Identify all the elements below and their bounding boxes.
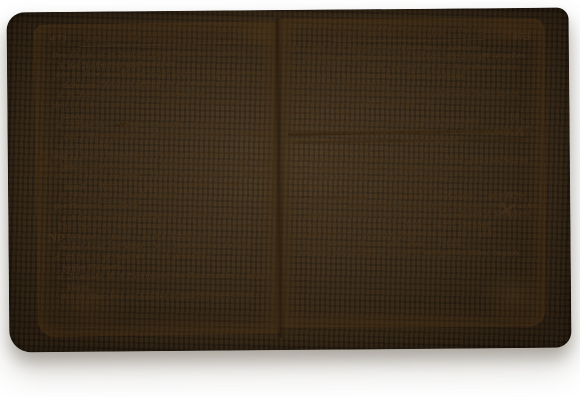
- photo-background: 473. Tauffs Regiſter. A. 1690. Pet. Dona…: [0, 0, 580, 397]
- manuscript-line: den 31 Xber. Der ein Küſſner in güth Söh…: [61, 290, 274, 303]
- right-page: 473 Begräbniß Regiſter 1690. 18. d. J. J…: [278, 19, 546, 328]
- left-page-header: Tauffs Regiſter. A. 1690.: [80, 27, 240, 47]
- right-page-text: den 15 jan. in gr. bautzen Jacob Kloch ſ…: [287, 44, 538, 258]
- manuscript-line: … ſo geſtalt in dreßden überk., da es … …: [292, 220, 537, 230]
- left-page: 473. Tauffs Regiſter. A. 1690. Pet. Dona…: [34, 21, 281, 337]
- left-page-number: 473.: [50, 34, 70, 44]
- left-page-text: Den 13 Jan. in gr. bautzen Jacob Kuntz ſ…: [52, 47, 274, 303]
- manuscript-line: d. 12 Aprilis dem … einer dieners Maria …: [298, 117, 537, 128]
- manuscript-line: … deſſen begräbniß … alt, da es ſich … S…: [298, 210, 537, 221]
- manuscript-line: jüngſtes Söhnlein Johannes.: [292, 81, 537, 91]
- right-page-header: Begräbniß Regiſter 1690.: [333, 24, 483, 42]
- right-page-number: 473: [513, 33, 530, 43]
- manuscript-line: d. 13 9bern Martin Abts ſo tod auf d. we…: [290, 248, 537, 258]
- manuscript-line: … Jung ſey alt geweſen, … kirchl. begräb…: [292, 174, 537, 184]
- manuscript-line: gedachte dero begräb. abends, der Vater …: [292, 127, 537, 137]
- open-register-book: 473. Tauffs Regiſter. A. 1690. Pet. Dona…: [7, 8, 572, 353]
- age-stain: [478, 269, 548, 324]
